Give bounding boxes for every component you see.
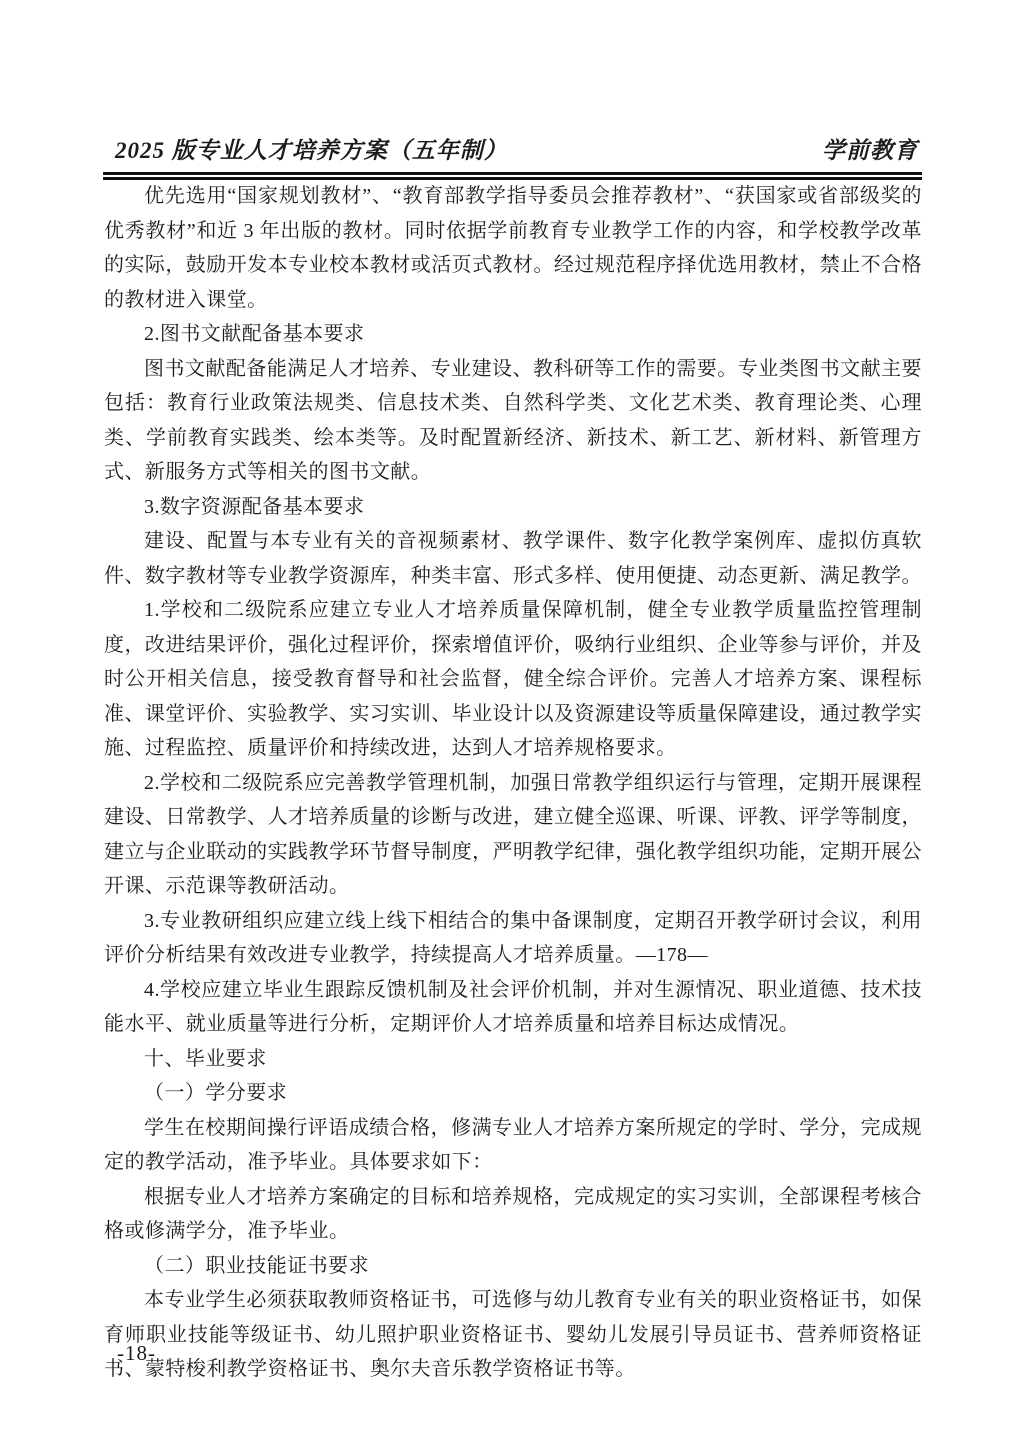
header-title-left: 2025 版专业人才培养方案（五年制）: [115, 132, 508, 165]
body-paragraph: 3.专业教研组织应建立线上线下相结合的集中备课制度，定期召开教学研讨会议，利用评…: [104, 904, 922, 973]
body-paragraph: 十、毕业要求: [104, 1042, 922, 1077]
body-paragraph: （二）职业技能证书要求: [104, 1249, 922, 1284]
page-number: -18-: [117, 1341, 156, 1365]
body-paragraph: 图书文献配备能满足人才培养、专业建设、教科研等工作的需要。专业类图书文献主要包括…: [104, 352, 922, 490]
body-paragraph: 本专业学生必须获取教师资格证书，可选修与幼儿教育专业有关的职业资格证书，如保育师…: [104, 1283, 922, 1387]
body-paragraph: 1.学校和二级院系应建立专业人才培养质量保障机制，健全专业教学质量监控管理制度，…: [104, 593, 922, 766]
body-paragraph: 根据专业人才培养方案确定的目标和培养规格，完成规定的实习实训，全部课程考核合格或…: [104, 1180, 922, 1249]
document-body: 优先选用“国家规划教材”、“教育部教学指导委员会推荐教材”、“获国家或省部级奖的…: [104, 179, 922, 1387]
page-footer: -18-: [117, 1341, 156, 1366]
page: 2025 版专业人才培养方案（五年制） 学前教育 优先选用“国家规划教材”、“教…: [0, 0, 1024, 1448]
body-paragraph: 3.数字资源配备基本要求: [104, 490, 922, 525]
body-paragraph: 4.学校应建立毕业生跟踪反馈机制及社会评价机制，并对生源情况、职业道德、技术技能…: [104, 973, 922, 1042]
body-paragraph: 2.图书文献配备基本要求: [104, 317, 922, 352]
body-paragraph: 学生在校期间操行评语成绩合格，修满专业人才培养方案所规定的学时、学分，完成规定的…: [104, 1111, 922, 1180]
page-header: 2025 版专业人才培养方案（五年制） 学前教育: [103, 132, 922, 180]
body-paragraph: 优先选用“国家规划教材”、“教育部教学指导委员会推荐教材”、“获国家或省部级奖的…: [104, 179, 922, 317]
body-paragraph: 2.学校和二级院系应完善教学管理机制，加强日常教学组织运行与管理，定期开展课程建…: [104, 766, 922, 904]
body-paragraph: （一）学分要求: [104, 1076, 922, 1111]
body-paragraph: 建设、配置与本专业有关的音视频素材、教学课件、数字化教学案例库、虚拟仿真软件、数…: [104, 524, 922, 593]
header-title-right: 学前教育: [822, 132, 918, 165]
